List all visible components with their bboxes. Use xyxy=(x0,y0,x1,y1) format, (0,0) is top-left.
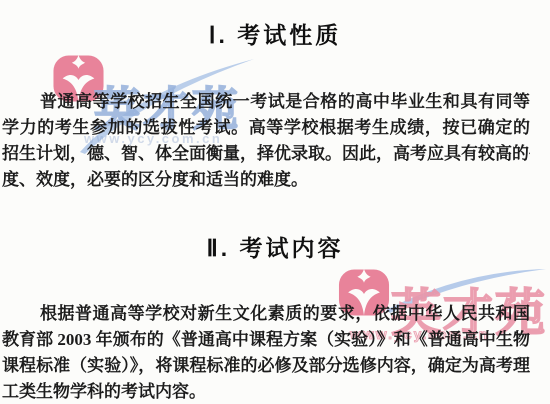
text-line: 度、效度，必要的区分度和适当的难度。 xyxy=(2,167,530,193)
paragraph-exam-content: 根据普通高等学校对新生文化素质的要求，依据中华人民共和国 教育部 2003 年颁… xyxy=(2,301,530,404)
document-page: 英才苑 www.ycy.com.cn 英才苑 www.ycy.com.cn Ⅰ.… xyxy=(0,0,550,404)
text-line: 根据普通高等学校对新生文化素质的要求，依据中华人民共和国 xyxy=(2,301,530,327)
text-line: 学力的考生参加的选拔性考试。高等学校根据考生成绩，按已确定的 xyxy=(2,115,530,141)
text-line: 工类生物学科的考试内容。 xyxy=(2,379,530,404)
section-heading-exam-content: Ⅱ. 考试内容 xyxy=(0,230,550,263)
paragraph-exam-nature: 普通高等学校招生全国统一考试是合格的高中毕业生和具有同等 学力的考生参加的选拔性… xyxy=(2,89,530,193)
text-line: 课程标准（实验）》，将课程标准的必修及部分选修内容，确定为高考理 xyxy=(2,353,530,379)
text-line: 招生计划，德、智、体全面衡量，择优录取。因此，高考应具有较高的信 xyxy=(2,141,530,167)
text-line: 普通高等学校招生全国统一考试是合格的高中毕业生和具有同等 xyxy=(2,89,530,115)
text-line: 教育部 2003 年颁布的《普通高中课程方案（实验）》和《普通高中生物 xyxy=(2,327,530,353)
section-heading-exam-nature: Ⅰ. 考试性质 xyxy=(0,17,550,50)
